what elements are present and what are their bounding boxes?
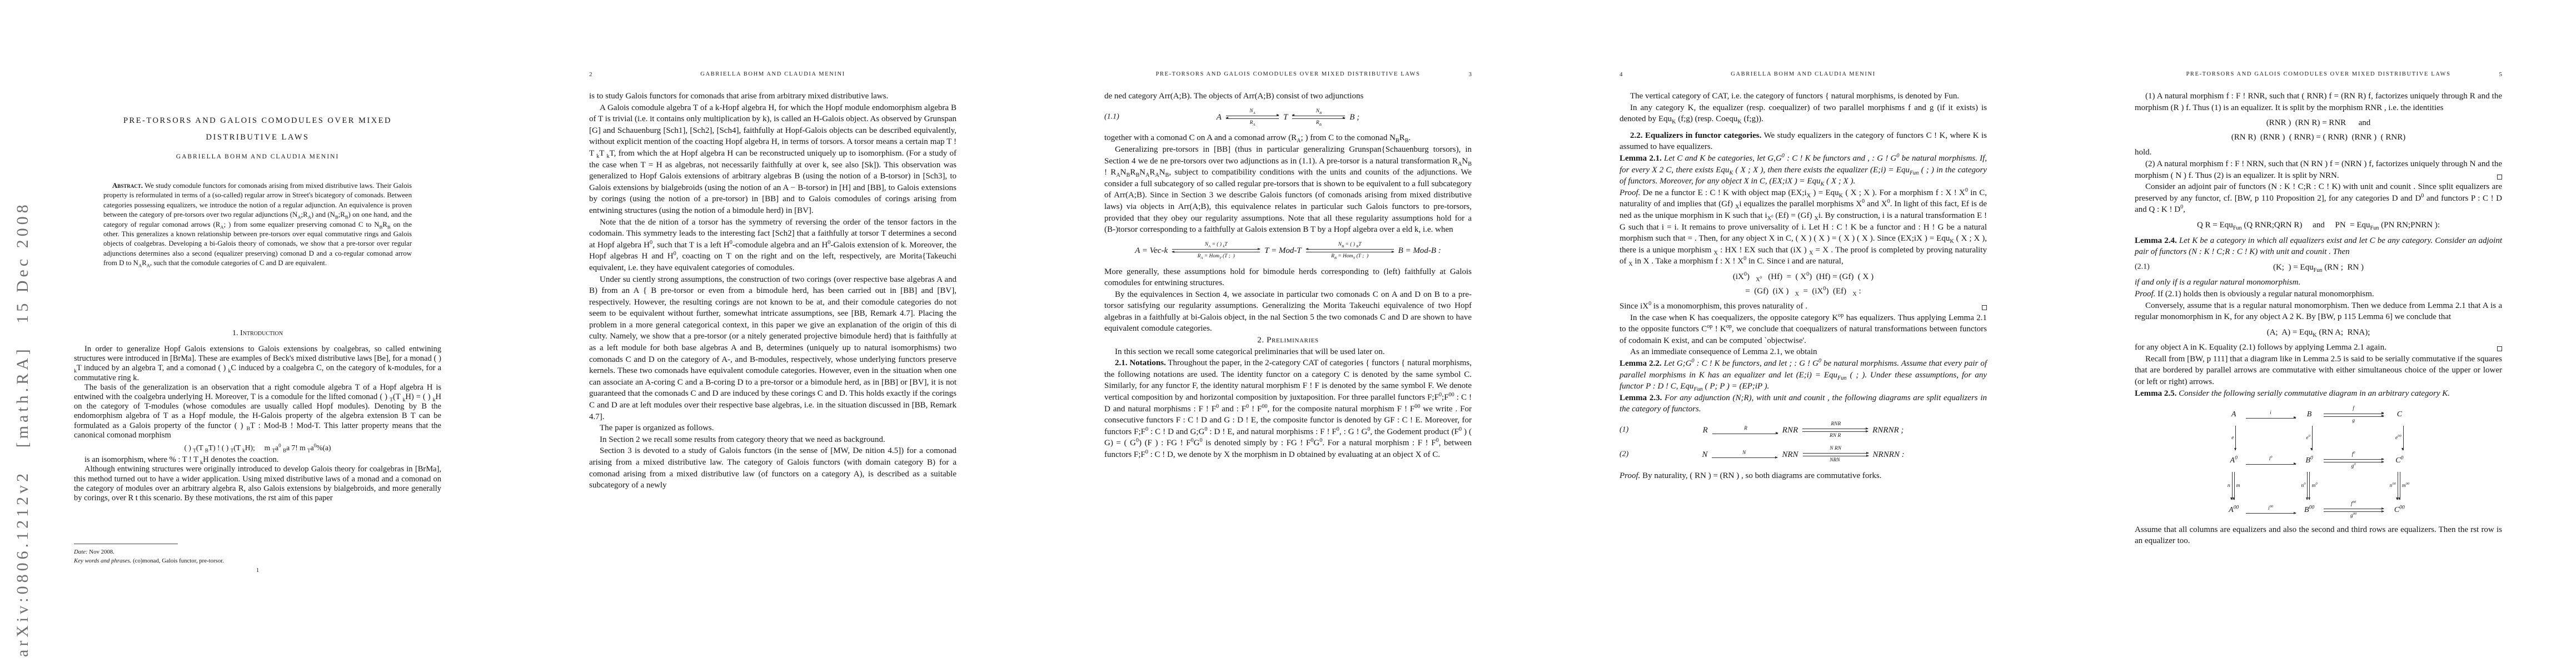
equation-vec-mod-adjunctions: A = Vec-k NA = ( ) kT RA = HomT (T ; ) T… xyxy=(1104,242,1472,260)
diagram-object: RNR xyxy=(1782,425,1798,436)
equation-body: (K; ) = EquFun (RN ; RN ) xyxy=(2273,263,2364,272)
paragraph: Since iX0 is a monomorphism, this proves… xyxy=(1620,301,1987,312)
footnote-date: Date: Nov 2008. xyxy=(74,548,441,557)
paragraph: (1) A natural morphism f : F ! RNR, such… xyxy=(2135,91,2502,113)
paragraph: A Galois comodule algebra T of a k-Hopf … xyxy=(589,102,956,217)
paragraph: The vertical category of CAT, i.e. the c… xyxy=(1620,91,1987,102)
proof-body: If (2.1) holds then is obviously a regul… xyxy=(2158,290,2374,298)
proof-label: Proof. xyxy=(2135,290,2155,298)
paragraph: Under su ciently strong assumptions, the… xyxy=(589,274,956,423)
paragraph: In any category K, the equalizer (resp. … xyxy=(1620,102,1987,125)
single-arrow: N xyxy=(1712,450,1777,459)
paragraph: By the equivalences in Section 4, we ass… xyxy=(1104,289,1472,335)
introduction-body: In order to generalize Hopf Galois exten… xyxy=(74,345,441,540)
split-equalizer-diagram-2: (2) N N NRN N RNNRN NRNRN : xyxy=(1620,446,1987,464)
page-2-body: is to study Galois functors for comonads… xyxy=(589,91,956,491)
arrow-left xyxy=(1226,118,1279,119)
serially-commutative-diagram: A i B fg C e e0 e00 A0 i0 B0 f0g0 C0 nm … xyxy=(2135,406,2502,519)
footnote-date-label: Date: xyxy=(74,549,88,555)
arrow-label: g xyxy=(2352,418,2355,424)
paragraph: Section 3 is devoted to a study of Galoi… xyxy=(589,445,956,491)
vertical-double-arrow: nm xyxy=(2228,472,2240,500)
adjunction-arrows: NB = ( ) BT RB = HomT (T ; ) xyxy=(1306,242,1394,260)
arrow-label: m00 xyxy=(2402,480,2409,492)
proof-label: Proof. xyxy=(1620,471,1640,480)
diagram-object: T = Mod-T xyxy=(1264,245,1302,257)
paper-title-line1: PRE-TORSORS AND GALOIS COMODULES OVER MI… xyxy=(74,112,441,129)
paragraph-text: Since iX0 is a monomorphism, this proves… xyxy=(1620,302,1807,311)
paragraph: Recall from [BW, p 111] that a diagram l… xyxy=(2135,354,2502,388)
arrow-label: n xyxy=(2228,480,2230,492)
diagram-object: B xyxy=(2307,409,2312,421)
lemma-2-4: Lemma 2.4. Let K be a category in which … xyxy=(2135,235,2502,258)
arrow-down xyxy=(2232,472,2233,500)
lemma-2-5: Lemma 2.5. Consider the following serial… xyxy=(2135,388,2502,400)
paragraph: (2) A natural morphism f : F ! NRN, such… xyxy=(2135,158,2502,181)
paragraph: is to study Galois functors for comonads… xyxy=(589,91,956,102)
equation-tag: (1.1) xyxy=(1104,112,1119,123)
single-arrow: i00 xyxy=(2246,506,2296,515)
arrow-right xyxy=(1803,453,1869,454)
lemma-2-4-tail: if and only if is a regular natural mono… xyxy=(2135,277,2502,288)
arrow-down xyxy=(2312,426,2313,450)
diagram-object: C00 xyxy=(2394,505,2405,516)
arrow-down xyxy=(2309,472,2310,500)
diagram-object: B ; xyxy=(1349,112,1359,123)
functor-label: NA xyxy=(1249,108,1255,115)
footnote-keywords: Key words and phrases. (co)monad, Galois… xyxy=(74,557,441,566)
diagram-object: A xyxy=(1217,112,1222,123)
vertical-arrow: e0 xyxy=(2306,426,2312,450)
paragraph: As an immediate consequence of Lemma 2.1… xyxy=(1620,346,1987,358)
arrow-label: N xyxy=(1742,450,1747,456)
page-number-1: 1 xyxy=(74,567,441,574)
arrow-right xyxy=(2324,511,2384,512)
page-5: PRE-TORSORS AND GALOIS COMODULES OVER MI… xyxy=(2061,0,2576,667)
arrow-label: n00 xyxy=(2390,480,2396,492)
paper-authors: GABRIELLA BOHM AND CLAUDIA MENINI xyxy=(74,153,441,160)
arrow-down xyxy=(2235,426,2236,450)
abstract: Abstract. We study comodule functors for… xyxy=(103,181,412,268)
arrow-right xyxy=(2324,416,2384,417)
arrow-right xyxy=(2324,509,2384,509)
paragraph-text: for any object A in K. Equality (2.1) fo… xyxy=(2135,343,2386,352)
paragraph: In order to generalize Hopf Galois exten… xyxy=(74,345,441,383)
footnote: Date: Nov 2008. Key words and phrases. (… xyxy=(74,548,441,565)
single-arrow: R xyxy=(1712,426,1778,435)
lemma-body: For any adjunction (N;R), with unit and … xyxy=(1620,394,1987,414)
arrow-label: R xyxy=(1743,426,1747,432)
arrow-label: N RN xyxy=(1830,446,1841,452)
functor-label: RA = HomT (T ; ) xyxy=(1198,253,1235,260)
page-3: PRE-TORSORS AND GALOIS COMODULES OVER MI… xyxy=(1030,0,1546,667)
equation-tag: (2.1) xyxy=(2135,262,2150,273)
arrow-label: m xyxy=(2236,480,2240,492)
diagram-object: C xyxy=(2397,409,2402,421)
subsection-heading: 2.1. Notations. xyxy=(1115,359,1166,367)
paragraph: In the case when K has coequalizers, the… xyxy=(1620,312,1987,347)
functor-label: RA xyxy=(1250,120,1255,126)
arrow-right xyxy=(1292,118,1345,119)
paragraph-text: (2) A natural morphism f : F ! NRN, such… xyxy=(2135,160,2502,180)
proof-label: Proof. xyxy=(1620,188,1640,197)
adjunction-arrows: NB RB xyxy=(1292,108,1345,127)
arrow-right xyxy=(2246,464,2296,465)
arrow-label: n0 xyxy=(2301,480,2306,492)
page-number-5: 5 xyxy=(2499,71,2503,78)
display-identity-1: (RNR ) (RN R) = RNR and xyxy=(2135,117,2502,129)
arrow-label: g00 xyxy=(2350,513,2356,519)
footnote-keywords-text: (co)monad, Galois functor, pre-torsor. xyxy=(131,558,224,564)
functor-label: NA = ( ) kT xyxy=(1205,242,1228,248)
abstract-text: We study comodule functors for comonads … xyxy=(103,182,412,267)
arrow-label: NRN xyxy=(1830,457,1841,464)
display-equation-canonical-morphism: ( ) T(T BT) ! ( ) T(T kH); m Ta0 Ba 7! m… xyxy=(74,443,441,452)
paragraph: Generalizing pre-torsors in [BB] (thus i… xyxy=(1104,144,1472,236)
vertical-double-arrow: n00m00 xyxy=(2390,472,2410,500)
paragraph: for any object A in K. Equality (2.1) fo… xyxy=(2135,342,2502,354)
qed-box xyxy=(2497,175,2502,180)
arrow-right xyxy=(1803,456,1869,456)
arrow-down xyxy=(2234,472,2235,500)
subsection-body: Throughout the paper, in the 2-category … xyxy=(1104,359,1472,459)
display-equation-equalizers: Q R = EquFun (Q RNR;QRN R) and PN = EquF… xyxy=(2135,220,2502,231)
functor-label: NB xyxy=(1316,108,1322,115)
qed-box xyxy=(2497,346,2502,351)
paper-title: PRE-TORSORS AND GALOIS COMODULES OVER MI… xyxy=(74,112,441,146)
lemma-label: Lemma 2.1. xyxy=(1620,154,1662,163)
display-equation-naturality-line1: (iX0) X0 (Hf) = ( X0) (Hf) = (Gf) ( X ) xyxy=(1620,271,1987,283)
page-1: arXiv:0806.1212v2 [math.RA] 15 Dec 2008 … xyxy=(0,0,515,667)
lemma-body: Let G;G0 : C ! K be functors, and let ; … xyxy=(1620,359,1987,391)
double-arrow: f0g0 xyxy=(2324,452,2384,470)
diagram-object: B0 xyxy=(2305,455,2313,467)
split-equalizer-diagram-1: (1) R R RNR RNRRN R RNRNR ; xyxy=(1620,421,1987,440)
adjunction-arrows: NA RA xyxy=(1226,108,1279,127)
paragraph: The paper is organized as follows. xyxy=(589,422,956,434)
arrow-right xyxy=(1802,429,1868,429)
arrow-right xyxy=(2324,459,2384,460)
display-identity-2: (RN R) (RNR ) ( RNR) = ( RNR) (RNR ) ( R… xyxy=(2135,132,2502,143)
vertical-double-arrow: n0m0 xyxy=(2301,472,2318,500)
arrow-down xyxy=(2400,472,2400,500)
equation-tag: (1) xyxy=(1620,425,1628,436)
equation-2-1: (2.1)(K; ) = EquFun (RN ; RN ) xyxy=(2135,262,2502,273)
page-2: 2 GABRIELLA BOHM AND CLAUDIA MENINI is t… xyxy=(515,0,1030,667)
proof-2-4: Proof. If (2.1) holds then is obviously … xyxy=(2135,288,2502,300)
arrow-left xyxy=(1172,252,1260,252)
double-arrow: RNRRN R xyxy=(1802,421,1868,440)
proof-2-3: Proof. By naturality, ( RN ) = (RN ) , s… xyxy=(1620,470,1987,482)
lemma-label: Lemma 2.4. xyxy=(2135,236,2177,245)
arrow-left xyxy=(1306,249,1394,250)
paragraph: Note that the de nition of a torsor has … xyxy=(589,217,956,274)
lemma-label: Lemma 2.3. xyxy=(1620,394,1662,402)
paragraph: In Section 2 we recall some results from… xyxy=(589,434,956,446)
functor-label: RB = HomT (T ; ) xyxy=(1331,253,1368,260)
diagram-object: C0 xyxy=(2395,455,2403,467)
paragraph-equalizers: 2.2. Equalizers in functor categories. W… xyxy=(1620,130,1987,153)
arrow-right xyxy=(2246,513,2296,514)
running-head-title: PRE-TORSORS AND GALOIS COMODULES OVER MI… xyxy=(2135,71,2502,77)
vertical-arrow: e00 xyxy=(2395,426,2404,450)
diagram-object: A00 xyxy=(2229,505,2239,516)
diagram-object: NRNRN : xyxy=(1873,449,1905,461)
functor-label: NB = ( ) BT xyxy=(1338,242,1362,248)
functor-label: RB xyxy=(1316,120,1322,126)
equation-tag: (2) xyxy=(1620,449,1628,461)
double-arrow: f00g00 xyxy=(2324,501,2384,520)
arrow-label: f00 xyxy=(2351,501,2356,507)
footnote-date-text: Nov 2008. xyxy=(88,549,114,555)
paragraph: Conversely, assume that is a regular nat… xyxy=(2135,300,2502,323)
lemma-2-1: Lemma 2.1. Let C and K be categories, le… xyxy=(1620,153,1987,187)
paper-title-line2: DISTRIBUTIVE LAWS xyxy=(74,129,441,146)
diagram-object: B00 xyxy=(2304,505,2314,516)
arrow-right xyxy=(2324,414,2384,414)
diagram-object: A0 xyxy=(2230,455,2238,467)
diagram-object: A = Vec-k xyxy=(1135,245,1168,257)
paragraph: together with a comonad C on A and a com… xyxy=(1104,132,1472,144)
proof-2-1: Proof. De ne a functor E : C ! K with ob… xyxy=(1620,187,1987,267)
single-arrow: i0 xyxy=(2246,456,2296,465)
single-arrow: i xyxy=(2246,410,2296,419)
running-head-authors: GABRIELLA BOHM AND CLAUDIA MENINI xyxy=(1620,71,1987,77)
paragraph: More generally, these assumptions hold f… xyxy=(1104,266,1472,289)
arrow-down xyxy=(2307,472,2308,500)
footnote-keywords-label: Key words and phrases. xyxy=(74,558,131,564)
arrow-label: f0 xyxy=(2352,452,2355,458)
arrow-left xyxy=(1292,116,1345,116)
paragraph: hold. xyxy=(2135,147,2502,158)
arrow-label: g0 xyxy=(2351,464,2356,470)
arrow-down xyxy=(2398,472,2398,500)
arrow-label: RN R xyxy=(1830,433,1841,439)
arrow-down xyxy=(2403,426,2404,450)
paragraph-notations: 2.1. Notations. Throughout the paper, in… xyxy=(1104,357,1472,460)
arrow-label: e xyxy=(2231,432,2234,444)
footnote-rule xyxy=(74,544,178,544)
page-4-body: The vertical category of CAT, i.e. the c… xyxy=(1620,91,1987,481)
section-heading-introduction: 1. Introduction xyxy=(74,329,441,338)
page-5-body: (1) A natural morphism f : F ! RNR, such… xyxy=(2135,91,2502,547)
arrow-label: m0 xyxy=(2311,480,2317,492)
paragraph: Although entwining structures were origi… xyxy=(74,465,441,503)
arrow-right xyxy=(1226,116,1279,116)
double-arrow: fg xyxy=(2324,406,2384,424)
display-equation-naturality-line2: = (Gf) (iX ) X = (iX0) (Ef) X : xyxy=(1620,286,1987,297)
abstract-label: Abstract. xyxy=(112,182,143,190)
proof-body: By naturality, ( RN ) = (RN ) , so both … xyxy=(1642,471,1881,480)
paragraph: In this section we recall some categoric… xyxy=(1104,346,1472,358)
double-arrow: N RNNRN xyxy=(1803,446,1869,464)
arrow-right xyxy=(1802,431,1868,432)
lemma-body: Let C and K be categories, let G,G0 : C … xyxy=(1620,154,1987,186)
arxiv-stamp: arXiv:0806.1212v2 [math.RA] 15 Dec 2008 xyxy=(13,201,32,657)
arrow-label: RNR xyxy=(1830,421,1841,427)
lemma-body: Consider the following serially commutat… xyxy=(2179,389,2450,398)
equation-1-1-adjunctions: (1.1) A NA RA T NB RB B ; xyxy=(1104,108,1472,127)
arrow-right xyxy=(1306,252,1394,252)
paragraph: The basis of the generalization is an ob… xyxy=(74,383,441,440)
paragraph: Assume that all columns are equalizers a… xyxy=(2135,524,2502,547)
lemma-2-3: Lemma 2.3. For any adjunction (N;R), wit… xyxy=(1620,392,1987,415)
diagram-object: NRN xyxy=(1782,449,1798,461)
subsection-heading: 2.2. Equalizers in functor categories. xyxy=(1630,131,1761,140)
arrow-right xyxy=(1712,434,1778,434)
running-head-authors: GABRIELLA BOHM AND CLAUDIA MENINI xyxy=(589,71,956,77)
arrow-right xyxy=(1172,249,1260,250)
arrow-right xyxy=(2324,462,2384,462)
lemma-label: Lemma 2.2. xyxy=(1620,359,1662,368)
paper-scan: { "stamp": {"text": "arXiv:0806.1212v2 [… xyxy=(0,0,2576,667)
arrow-right xyxy=(1712,457,1777,458)
lemma-2-2: Lemma 2.2. Let G;G0 : C ! K be functors,… xyxy=(1620,358,1987,392)
paragraph: de ned category Arr(A;B). The objects of… xyxy=(1104,91,1472,102)
paragraph: is an isomorphism, where % : T ! T kH de… xyxy=(74,455,441,465)
running-head-title: PRE-TORSORS AND GALOIS COMODULES OVER MI… xyxy=(1104,71,1472,77)
arrow-right xyxy=(2246,418,2296,419)
arrow-label: e00 xyxy=(2395,432,2401,444)
adjunction-arrows: NA = ( ) kT RA = HomT (T ; ) xyxy=(1172,242,1260,260)
diagram-object: A xyxy=(2231,409,2236,421)
lemma-body: Let K be a category in which all equaliz… xyxy=(2135,236,2502,257)
arrow-label: i0 xyxy=(2269,456,2273,462)
arrow-label: f xyxy=(2353,406,2354,412)
qed-box xyxy=(1982,305,1987,310)
vertical-arrow: e xyxy=(2231,426,2236,450)
arrow-label: e0 xyxy=(2306,432,2310,444)
page-number-3: 3 xyxy=(1469,71,1472,78)
paragraph: Consider an adjoint pair of functors (N … xyxy=(2135,181,2502,216)
arrow-label: i00 xyxy=(2268,506,2273,512)
section-heading-preliminaries: 2. Preliminaries xyxy=(1104,335,1472,346)
diagram-object: T xyxy=(1283,112,1288,123)
page-3-body: de ned category Arr(A;B). The objects of… xyxy=(1104,91,1472,461)
lemma-label: Lemma 2.5. xyxy=(2135,389,2176,398)
diagram-object: RNRNR ; xyxy=(1872,425,1904,436)
display-equation-object-equalizer: (A; A) = EquK (RN A; RNA); xyxy=(2135,327,2502,339)
arrow-label: i xyxy=(2270,410,2271,416)
diagram-object: N xyxy=(1702,449,1707,461)
diagram-object: B = Mod-B : xyxy=(1398,245,1441,257)
proof-body: De ne a functor E : C ! K with object ma… xyxy=(1620,188,1987,266)
diagram-object: R xyxy=(1703,425,1708,436)
page-4: 4 GABRIELLA BOHM AND CLAUDIA MENINI The … xyxy=(1546,0,2061,667)
